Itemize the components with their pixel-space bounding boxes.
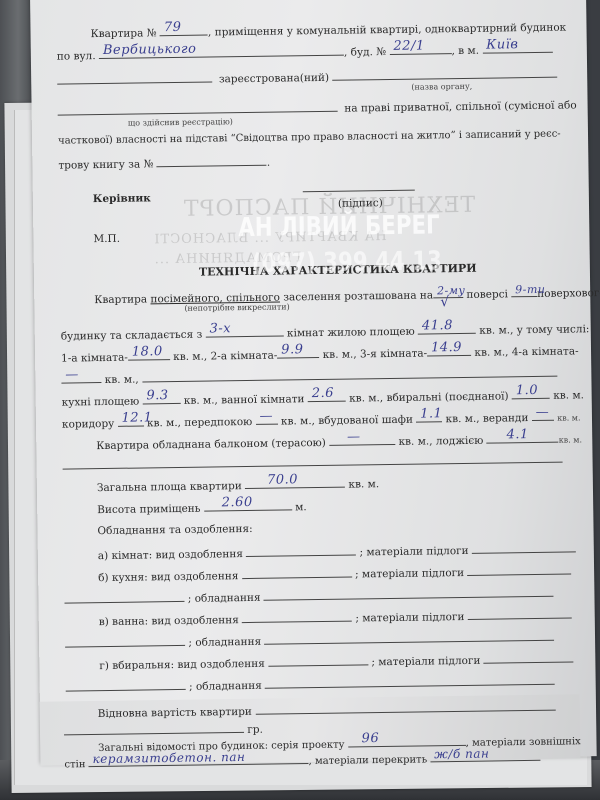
floors-material-field: ж/б пан	[430, 749, 540, 763]
toilet-field: 1.0	[512, 387, 550, 400]
room1-label: 1-а кімната-	[61, 352, 128, 365]
kitchen-label: кухні площею	[62, 396, 140, 409]
street-value: Вербицького	[103, 42, 197, 58]
bath-value: 2.6	[312, 386, 334, 401]
cost-field-cont	[64, 721, 244, 736]
total-area-value: 70.0	[267, 472, 298, 487]
separator	[62, 451, 562, 470]
settlement-line: Квартира посімейного, спільного заселенн…	[94, 284, 600, 306]
toilet-equipment-field	[265, 673, 555, 689]
loggia-field: 4.1	[487, 431, 559, 444]
finishing-toilet-label: г) вбиральня: вид оздоблення	[99, 658, 265, 672]
settle-label-2: заселення розташована на	[283, 289, 433, 303]
finishing-kitchen: б) кухня: вид оздоблення ; матеріали під…	[98, 562, 571, 584]
bath-floor-field	[468, 606, 572, 619]
bath-equipment: ; обладнання	[65, 629, 555, 651]
living-unit: кв. м., у тому числі:	[479, 323, 589, 337]
kitchen-line: кухні площею 9.3 кв. м., ванної кімнати …	[62, 386, 584, 408]
rooms-finish-field	[246, 543, 356, 557]
cost-line: Відновна вартість квартири	[98, 699, 556, 720]
finishing-bath-label: в) ванна: вид оздоблення	[99, 614, 239, 628]
toilet-floor-label: ; матеріали підлоги	[371, 655, 480, 669]
hall-label: кв. м., передпокою	[147, 416, 252, 429]
book-label: трову книгу за №	[58, 158, 153, 171]
room4-line: — кв. м.,	[61, 365, 557, 387]
corridor-field: 12.1	[118, 414, 144, 426]
room2-field: 9.9	[277, 346, 319, 359]
hall-field: —	[255, 413, 277, 425]
height-unit: м.	[295, 501, 307, 513]
room1-value: 18.0	[132, 344, 163, 359]
building-value: 22/1	[393, 38, 424, 53]
bath-finish-field	[242, 610, 352, 624]
kitchen-floor-field	[467, 562, 571, 575]
room3-field: 14.9	[427, 344, 471, 357]
rooms-field: 3-х	[206, 324, 284, 337]
phone-watermark: (097) 399 44 13	[252, 246, 443, 279]
apartment-tail: , приміщення у комунальній квартирі, одн…	[208, 22, 566, 39]
balcony-field: —	[329, 433, 395, 446]
rooms-label: будинку та складається з	[61, 329, 203, 343]
cost-unit: гр.	[247, 724, 263, 736]
rooms-floor-label: ; матеріали підлоги	[360, 545, 469, 559]
finishing-bath: в) ванна: вид оздоблення ; матеріали під…	[99, 606, 572, 628]
street-line: по вул. Вербицького, буд. № 22/1, в м. К…	[57, 41, 553, 63]
apartment-number-value: 79	[164, 20, 182, 35]
organ-hint: (назва органу,	[411, 82, 472, 92]
bath-equipment-field	[264, 629, 554, 645]
head-label: Керівник	[93, 192, 151, 205]
toilet-label: кв. м., вбиральні (поєднаної)	[349, 390, 509, 404]
room2-label: кв. м., 2-а кімната-	[173, 350, 277, 363]
loggia-unit: кв. м.	[559, 435, 582, 444]
kitchen-value: 9.3	[146, 388, 168, 403]
building-label: , буд. №	[344, 46, 386, 59]
veranda-label: кв. м., веранди	[446, 412, 529, 425]
agency-watermark: АН ЛІВИЙ БЕРЕГ	[238, 210, 440, 243]
height-field: 2.60	[204, 498, 292, 511]
checkmark-icon: √	[440, 294, 449, 310]
room4-label: кв. м., 4-а кімната-	[474, 345, 578, 358]
page-bottom: Відновна вартість квартири гр. Загальні …	[40, 694, 581, 766]
registered-line: зареєстрована(ний)	[57, 66, 557, 88]
living-value: 41.8	[422, 318, 453, 333]
walls-prefix: стін	[64, 759, 85, 770]
room3-value: 14.9	[431, 340, 462, 355]
registered-blank	[57, 70, 212, 84]
floors-total-value: 9-ти	[515, 283, 545, 296]
height-value: 2.60	[222, 495, 253, 510]
kitchen-floor-field-cont	[64, 590, 184, 604]
room3-label: кв. м., 3-я кімната-	[323, 347, 428, 360]
veranda-unit: кв. м.	[557, 413, 580, 422]
organ-field	[332, 66, 557, 81]
veranda-field: —	[532, 409, 554, 421]
cost-label: Відновна вартість квартири	[98, 706, 252, 720]
total-area-label: Загальна площа квартири	[97, 480, 242, 494]
series-value: 96	[362, 731, 380, 746]
strike-hint: (непотрібне викреслити)	[184, 302, 289, 312]
toilet-unit: кв. м.	[553, 389, 584, 401]
closet-value: 1.1	[420, 406, 442, 421]
registered-label: зареєстрована(ний)	[219, 72, 329, 86]
bath-label: кв. м., ванної кімнати	[184, 393, 305, 407]
right-line: на праві приватної, спільної (сумісної а…	[58, 96, 577, 118]
balcony-label: Квартира обладнана балконом (терасою)	[96, 437, 326, 452]
toilet-floor-field	[484, 650, 574, 663]
floor-label: поверсі	[466, 288, 508, 301]
toilet-finish-field	[268, 653, 368, 666]
bath-field: 2.6	[308, 390, 346, 403]
room1-field: 18.0	[128, 348, 170, 361]
rooms-floor-field	[472, 540, 576, 553]
city-field: Київ	[482, 41, 552, 54]
book-number-field	[157, 154, 267, 168]
finishing-title: Обладнання та оздоблення:	[97, 523, 252, 537]
rooms-line: будинку та складається з 3-х кімнат жило…	[61, 320, 590, 342]
closet-field: 1.1	[416, 410, 442, 422]
technical-passport-page: Квартира № 79, приміщення у комунальній …	[30, 0, 597, 764]
rooms-value: 3-х	[209, 321, 231, 336]
hall-value: —	[259, 409, 273, 424]
cost-line-2: гр.	[64, 721, 263, 739]
city-label: , в м.	[451, 45, 479, 57]
room2-value: 9.9	[281, 342, 303, 357]
street-label: по вул.	[57, 50, 96, 63]
loggia-label: кв. м., лоджією	[398, 435, 483, 448]
veranda-value: —	[536, 405, 550, 420]
extra-rooms-field	[142, 365, 557, 383]
closet-label: кв. м., вбудованої шафи	[281, 414, 413, 428]
bath-floor-field-cont	[65, 634, 185, 648]
seal-label: М.П.	[93, 233, 120, 245]
bath-floor-label: ; матеріали підлоги	[355, 611, 464, 625]
toilet-equipment: ; обладнання	[66, 673, 556, 695]
room-areas-line: 1-а кімната-18.0 кв. м., 2-а кімната-9.9…	[61, 342, 579, 364]
city-value: Київ	[486, 37, 518, 52]
total-area-field: 70.0	[245, 476, 345, 489]
finishing-rooms-label: а) кімнат: вид оздоблення	[98, 548, 243, 562]
settle-label: Квартира	[94, 293, 147, 306]
cost-field	[255, 699, 555, 715]
living-field: 41.8	[418, 322, 476, 335]
total-area-line: Загальна площа квартири 70.0 кв. м.	[97, 475, 379, 494]
finishing-rooms: а) кімнат: вид оздоблення ; матеріали пі…	[98, 540, 576, 562]
corridor-value: 12.1	[121, 410, 152, 425]
living-label: кімнат жилою площею	[287, 326, 415, 340]
separator-line	[62, 451, 562, 473]
corridor-line: коридору 12.1 кв. м., передпокою — кв. м…	[62, 408, 581, 430]
street-field: Вербицького	[99, 44, 344, 59]
bath-equipment-label: ; обладнання	[188, 636, 261, 649]
book-line: трову книгу за № .	[58, 154, 270, 172]
floors-total-field: 9-ти	[511, 285, 537, 297]
ownership-text: часткової) власності на підставі “Свідоц…	[58, 129, 561, 147]
height-label: Висота приміщень	[97, 503, 200, 516]
loggia-value: 4.1	[507, 427, 529, 442]
room4-field: —	[61, 371, 101, 384]
apartment-label: Квартира №	[90, 27, 156, 40]
height-line: Висота приміщень 2.60 м.	[97, 498, 307, 516]
corridor-label: коридору	[62, 418, 114, 431]
toilet-equipment-label: ; обладнання	[189, 680, 262, 693]
signature-field	[303, 179, 415, 193]
toilet-floor-field-cont	[66, 678, 186, 692]
finishing-kitchen-label: б) кухня: вид оздоблення	[98, 570, 238, 584]
kitchen-field: 9.3	[142, 392, 180, 405]
room4-value: —	[65, 367, 79, 382]
balcony-value: —	[347, 429, 361, 444]
kitchen-equipment-label: ; обладнання	[188, 592, 261, 605]
balcony-line: Квартира обладнана балконом (терасою) — …	[96, 430, 582, 452]
registration-hint: що здійснив реєстрацію)	[128, 117, 233, 127]
floors-material-label: , матеріали перекрить	[309, 754, 428, 767]
kitchen-equipment-field	[264, 585, 554, 601]
building-field: 22/1	[389, 42, 451, 55]
apartment-number-field: 79	[160, 24, 208, 37]
floors-material-value: ж/б пан	[434, 746, 489, 761]
organ-field-2	[58, 100, 338, 116]
room4-unit: кв. м.,	[105, 374, 139, 386]
walls-field: керамзитобетон. пан	[89, 752, 309, 767]
signature-line	[303, 179, 415, 196]
walls-value: керамзитобетон. пан	[92, 750, 245, 766]
series-field: 96	[348, 734, 466, 748]
kitchen-finish-field	[242, 566, 352, 580]
toilet-value: 1.0	[516, 383, 538, 398]
floors-label: поверхового	[537, 287, 600, 300]
kitchen-floor-label: ; матеріали підлоги	[355, 567, 464, 581]
finishing-toilet: г) вбиральня: вид оздоблення ; матеріали…	[99, 650, 574, 672]
right-label: на праві приватної, спільної (сумісної а…	[344, 99, 577, 114]
kitchen-equipment: ; обладнання	[64, 585, 554, 607]
total-area-unit: кв. м.	[348, 478, 379, 490]
